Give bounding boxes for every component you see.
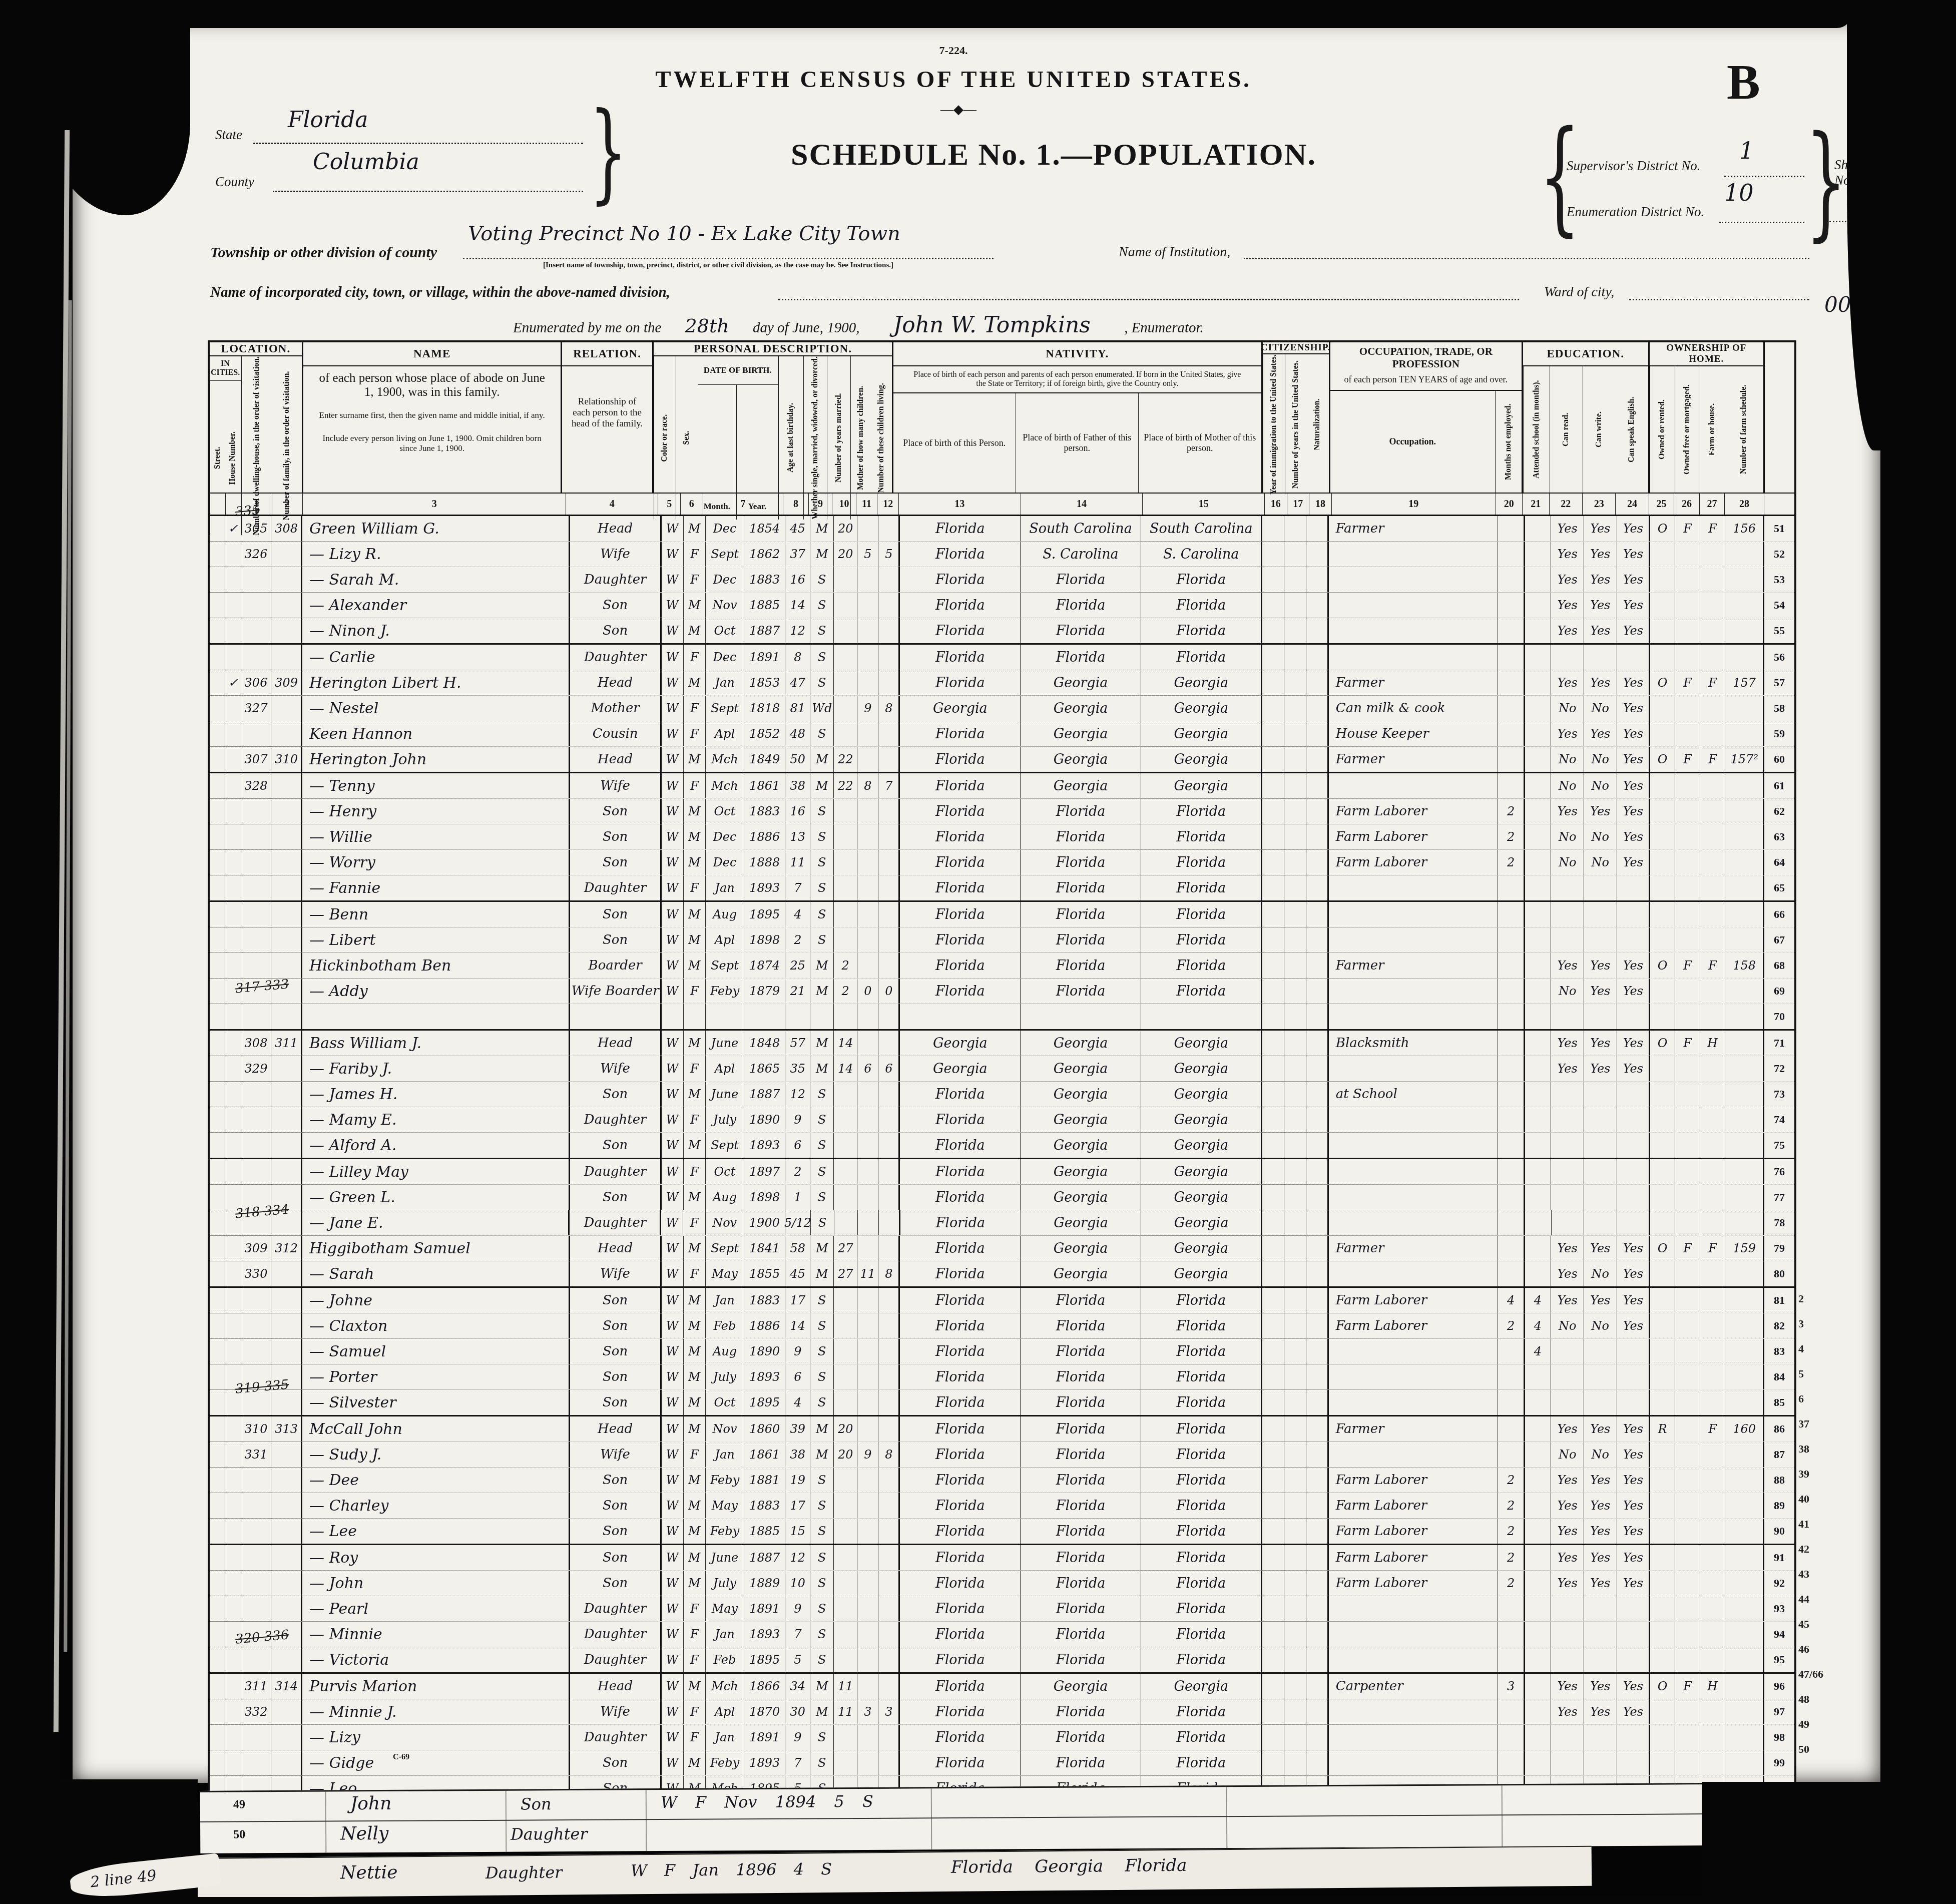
cell-s: M [684,670,706,695]
cell-yr: 1883 [744,799,785,824]
cell-sch [1524,1390,1552,1415]
cell-mne [1498,696,1525,721]
cell-wr: Yes [1584,593,1617,618]
ward-rule [1629,298,1809,300]
cell-mark [225,1596,241,1621]
cell-name: — Libert [301,927,570,953]
col-year: Year. [737,385,778,520]
cell-yr: 1895 [744,1390,785,1415]
cell-nat [1306,1364,1328,1389]
cell-age: 9 [785,1339,810,1364]
cell-wr [1584,1004,1617,1029]
cell-rel: Son [569,1185,661,1210]
cell-own: O [1649,747,1675,772]
cell-s: M [684,953,706,978]
cell-own [1649,1390,1675,1415]
cell-c: W [660,1622,684,1647]
cell-fh [1700,1519,1725,1544]
cell-sch [1524,953,1552,978]
cell-mo: Jan [706,875,744,900]
cell-ym [834,1725,857,1750]
cell-fm: F [1675,1031,1700,1056]
cell-iy [1261,567,1284,592]
cell-m: S [810,1725,834,1750]
cell-sch [1524,1647,1552,1672]
cell-cl [878,799,899,824]
cell-own [1649,696,1675,721]
cell-m: S [810,593,834,618]
cell-ym: 14 [834,1031,857,1056]
cell-own [1649,1082,1675,1107]
cell-fs [1725,1107,1764,1132]
cell-n: 87 [1763,1442,1794,1467]
cell-pm: Georgia [1141,1056,1262,1081]
census-row-58: 327— NestelMotherWFSept181881Wd98Georgia… [210,696,1794,721]
cell-ym [834,927,857,953]
cell-wr [1584,1390,1617,1415]
cell-pb: Georgia [898,1031,1021,1056]
cell-n: 52 [1763,542,1794,567]
cell-mo: Nov [706,1416,744,1442]
cell-pm: Florida [1141,927,1262,953]
underlying-sheet-row-number: 49 [1798,1718,1809,1731]
title-divider: —◆— [903,102,1014,117]
cell-wr: No [1584,696,1617,721]
cell-mark [225,1571,241,1596]
corner-note: 2 line 49 [90,1867,158,1891]
cell-yus [1284,747,1306,772]
cell-fs [1725,1056,1764,1081]
cell-fs [1725,799,1764,824]
census-row-56: — CarlieDaughterWFDec18918SFloridaFlorid… [210,645,1794,670]
cell-occ [1327,1159,1498,1184]
cell-fs: 159 [1725,1236,1764,1261]
cell-own [1649,593,1675,618]
cell-mark [225,1416,241,1442]
cell-mark [225,927,241,953]
cell-m: M [810,773,834,798]
cell-mc [857,850,878,875]
cell-iy [1261,542,1284,567]
cell-nat [1306,1082,1328,1107]
cell-yr: 1890 [744,1339,785,1364]
cell-en: Yes [1617,773,1650,798]
census-row-73: — James H.SonWMJune188712SFloridaGeorgia… [210,1082,1794,1107]
cell-f: 311 [271,1031,302,1056]
cell-street [210,799,225,824]
cell-age: 12 [785,618,810,643]
cell-nat [1306,1056,1328,1081]
cell-rel: Son [569,1288,661,1313]
cell-yr: 1895 [744,1647,785,1672]
cell-iy [1261,1622,1284,1647]
scan-edge-bottom [0,1897,1956,1904]
cell-m: S [810,1596,834,1621]
cell-mne [1498,1133,1525,1158]
cell-pb: Florida [898,824,1021,849]
cell-c: W [660,567,684,592]
cell-m: M [810,1699,834,1724]
cell-yr: 1860 [744,1416,785,1442]
cell-yr: 1855 [744,1261,785,1286]
cell-iy [1261,799,1284,824]
cell-f: 309 [271,670,302,695]
census-row-96: 311314Purvis MarionHeadWMMch186634M11Flo… [210,1674,1794,1699]
cell-yr: 1883 [744,1288,785,1313]
cell-mne [1498,1107,1525,1132]
cell-occ: Farmer [1327,670,1498,695]
cell-mo: Apl [706,1699,744,1724]
cell-c: W [660,1725,684,1750]
cell-fh: F [1700,747,1725,772]
cell-mne: 2 [1498,1493,1525,1518]
cell-ym [834,1468,857,1493]
cell-rd: Yes [1551,721,1584,746]
col-can-read: Can read. [1550,366,1583,493]
cell-c: W [660,773,684,798]
cell-mark [225,1339,241,1364]
cell-iy [1261,1647,1284,1672]
cell-s: M [684,1339,706,1364]
cell-wr: Yes [1584,1236,1617,1261]
cell-s: M [684,1236,706,1261]
cell-cl [878,850,899,875]
cell-age: 37 [785,542,810,567]
cell-en: Yes [1617,1442,1650,1467]
column-number: 21 [1523,494,1550,515]
cell-d [241,1571,272,1596]
cell-mo: Oct [706,1159,744,1184]
cell-pf: Georgia [1021,1185,1141,1210]
cell-age: 25 [785,953,810,978]
cell-own [1649,1210,1675,1235]
cell-nat [1306,1647,1328,1672]
cell-rd: No [1551,1313,1584,1338]
col-group-personal: PERSONAL DESCRIPTION. Color or race. Sex… [654,342,893,493]
census-row-74: — Mamy E.DaughterWFJuly18909SFloridaGeor… [210,1107,1794,1133]
cell-fh: F [1700,516,1725,541]
cell-en: Yes [1617,1571,1650,1596]
cell-pb: Florida [898,927,1021,953]
underlying-sheet-row-number: 43 [1798,1568,1809,1581]
cell-cl: 8 [878,1261,899,1286]
cell-ym [834,1571,857,1596]
cell-yus [1284,1622,1306,1647]
cell-cl [878,1493,899,1518]
cell-name: — Carlie [301,645,570,670]
cell-rel: Head [569,516,661,541]
cell-rel: Son [569,1519,661,1544]
cell-mne [1498,1159,1525,1184]
cell-iy [1261,618,1284,643]
cell-mc [857,1519,878,1544]
cell-yus [1284,1082,1306,1107]
cell-iy [1261,850,1284,875]
cell-fh [1700,1390,1725,1415]
cell-mo: July [706,1571,744,1596]
cell-wr [1584,645,1617,670]
cell-age: 2 [785,1159,810,1184]
occupation-sub: of each person TEN YEARS of age and over… [1330,373,1522,391]
cell-age: 4 [785,902,810,927]
cell-pb: Florida [898,902,1021,927]
cell-yr: 1887 [744,1545,785,1570]
cell-mo: Feb [706,1647,744,1672]
cell-ym: 20 [834,516,857,541]
cell-occ [1327,902,1498,927]
ownership-title: OWNERSHIP OF HOME. [1650,342,1763,366]
cell-pb: Florida [898,1442,1021,1467]
cell-age: 5 [785,1647,810,1672]
cell-s: M [684,1519,706,1544]
cell-name: — Porter [301,1364,570,1389]
cell-pm: South Carolina [1141,516,1262,541]
cell-sch [1524,1468,1552,1493]
cell-mark: ✓ [225,670,241,695]
cell-yr: 1885 [744,1519,785,1544]
cell-yr: 1891 [744,1725,785,1750]
state-rule [253,142,583,144]
cell-n: 75 [1763,1133,1794,1158]
corner-mark: 00 [1824,292,1851,317]
cell-rd: No [1551,773,1584,798]
cell-pm: Florida [1141,1288,1262,1313]
sheet3-relation: Daughter [485,1863,563,1882]
cell-d: 310 [241,1416,272,1442]
cell-occ: Farm Laborer [1327,1493,1498,1518]
cell-occ: Farmer [1327,1236,1498,1261]
cell-street [210,1674,225,1699]
cell-street [210,516,225,541]
cell-mark [225,542,241,567]
cell-c: W [660,850,684,875]
cell-mo: Oct [706,1390,744,1415]
cell-pm: Florida [1141,1339,1262,1364]
cell-en: Yes [1617,799,1650,824]
cell-street [210,1288,225,1313]
cell-sch [1524,696,1552,721]
cell-mo: July [706,1107,744,1132]
cell-iy [1261,1261,1284,1286]
cell-own: O [1649,670,1675,695]
cell-mo: July [706,1364,744,1389]
cell-sch [1524,670,1552,695]
cell-yr: 1888 [744,850,785,875]
cell-c: W [660,1519,684,1544]
county-rule [273,190,583,192]
cell-own [1649,875,1675,900]
cell-mc [857,824,878,849]
cell-pf: Florida [1021,1313,1141,1338]
cell-d [241,593,272,618]
cell-sch [1524,1416,1552,1442]
cell-mne [1498,1261,1525,1286]
cell-yr: 1893 [744,875,785,900]
cell-m: S [810,850,834,875]
cell-mne [1498,1031,1525,1056]
cell-name: — James H. [301,1082,570,1107]
cell-sch [1524,1725,1552,1750]
cell-pm: Florida [1141,1468,1262,1493]
cell-mc [857,645,878,670]
cell-cl [878,593,899,618]
cell-iy [1261,1313,1284,1338]
cell-own: O [1649,1236,1675,1261]
cell-sch [1524,979,1552,1004]
cell-fs [1725,645,1764,670]
cell-pb: Florida [898,542,1021,567]
cell-cl: 0 [878,979,899,1004]
cell-sch [1524,1031,1552,1056]
cell-fm: F [1675,516,1700,541]
cell-rd [1552,1210,1585,1235]
cell-en: Yes [1617,1519,1650,1544]
cell-street [210,1416,225,1442]
cell-mne [1498,618,1525,643]
cell-rel: Son [569,1082,661,1107]
cell-pm: Florida [1141,1442,1262,1467]
cell-m: M [810,516,834,541]
cell-pb: Florida [898,799,1021,824]
col-month: Month. [698,385,737,520]
cell-c: W [660,1364,684,1389]
cell-mo: Dec [706,567,744,592]
cell-fh: F [1700,1236,1725,1261]
cell-fs [1725,1031,1764,1056]
cell-name: Herington Libert H. [301,670,570,695]
cell-s: M [684,1390,706,1415]
cell-iy [1261,1725,1284,1750]
cell-street [210,1725,225,1750]
cell-mark [225,1750,241,1775]
cell-age: 39 [785,1416,810,1442]
name-desc3: Include every person living on June 1, 1… [315,433,549,453]
cell-s: F [684,979,706,1004]
cell-s: F [684,875,706,900]
cell-mne [1498,1750,1525,1775]
cell-fm [1675,799,1700,824]
cell-mark [225,1056,241,1081]
cell-c: W [660,645,684,670]
cell-f [271,1288,302,1313]
education-title: EDUCATION. [1523,342,1648,366]
cell-mark [225,1313,241,1338]
cell-yus [1284,1031,1306,1056]
cell-pb [898,1004,1021,1029]
cell-nat [1306,902,1328,927]
cell-mc [857,1288,878,1313]
cell-age: 16 [785,799,810,824]
cell-en [1617,1082,1650,1107]
cell-ym [834,1339,857,1364]
cell-pf: Florida [1021,902,1141,927]
cell-ym [834,1159,857,1184]
cell-fh [1700,1493,1725,1518]
cell-mc [857,1725,878,1750]
cell-m: S [810,1082,834,1107]
cell-street [210,1082,225,1107]
cell-nat [1306,618,1328,643]
cell-mo: June [706,1082,744,1107]
cell-yr: 1852 [744,721,785,746]
cell-fs [1725,567,1764,592]
cell-pb: Florida [898,593,1021,618]
census-row-77: — Green L.SonWMAug18981SFloridaGeorgiaGe… [210,1185,1794,1210]
cell-age: 2 [785,927,810,953]
cell-mark [225,618,241,643]
cell-fh [1700,824,1725,849]
cell-sch [1524,721,1552,746]
sheet3-nativity: Florida Georgia Florida [951,1855,1187,1877]
cell-fm [1675,1313,1700,1338]
cell-name: — Addy [301,979,570,1004]
cell-iy [1261,1339,1284,1364]
cell-sch [1524,1364,1552,1389]
cell-pm: Georgia [1141,747,1262,772]
cell-en: Yes [1617,747,1650,772]
cell-fs [1725,1442,1764,1467]
cell-nat [1306,953,1328,978]
cell-mark [225,696,241,721]
cell-fs: 157 [1725,670,1764,695]
cell-pm: Florida [1141,979,1262,1004]
cell-sch [1524,1750,1552,1775]
cell-c: W [660,1133,684,1158]
cell-mc: 9 [857,1442,878,1467]
col-street: Street. [210,381,225,535]
cell-fh [1700,1750,1725,1775]
census-row-76: — Lilley MayDaughterWFOct18972SFloridaGe… [210,1159,1794,1185]
cell-name: — Willie [301,824,570,849]
cell-rel: Son [569,902,661,927]
cell-en [1617,1133,1650,1158]
cell-ym: 22 [834,747,857,772]
cell-occ [1327,1210,1498,1235]
cell-pb: Florida [898,1493,1021,1518]
cell-own: R [1649,1416,1675,1442]
cell-rd [1551,1647,1584,1672]
cell-n: 90 [1763,1519,1794,1544]
state-value: Florida [288,107,368,133]
cell-age: 15 [785,1519,810,1544]
cell-fs [1725,1339,1764,1364]
cell-rel: Son [569,1571,661,1596]
cell-pf: Florida [1021,1519,1141,1544]
cell-pm: Georgia [1141,1185,1262,1210]
cell-n: 55 [1763,618,1794,643]
census-row-82: — ClaxtonSonWMFeb188614SFloridaFloridaFl… [210,1313,1794,1339]
cell-mo: Aug [706,1339,744,1364]
nativity-desc: Place of birth of each person and parent… [893,366,1261,393]
cell-rd [1551,1622,1584,1647]
cell-sch [1524,1442,1552,1467]
cell-yr: 1893 [744,1750,785,1775]
column-number: 20 [1496,494,1523,515]
cell-iy [1261,1185,1284,1210]
cell-rd: No [1551,747,1584,772]
cell-age: 17 [785,1288,810,1313]
cell-nat [1306,1031,1328,1056]
cell-pf: Florida [1021,1468,1141,1493]
cell-nat [1306,1133,1328,1158]
census-row-88: — DeeSonWMFeby188119SFloridaFloridaFlori… [210,1468,1794,1493]
cell-pf: Georgia [1021,1674,1141,1699]
cell-s: M [684,1571,706,1596]
name-title: NAME [303,342,561,366]
cell-mne [1498,1416,1525,1442]
cell-mo: Feby [706,1519,744,1544]
cell-d [241,1647,272,1672]
